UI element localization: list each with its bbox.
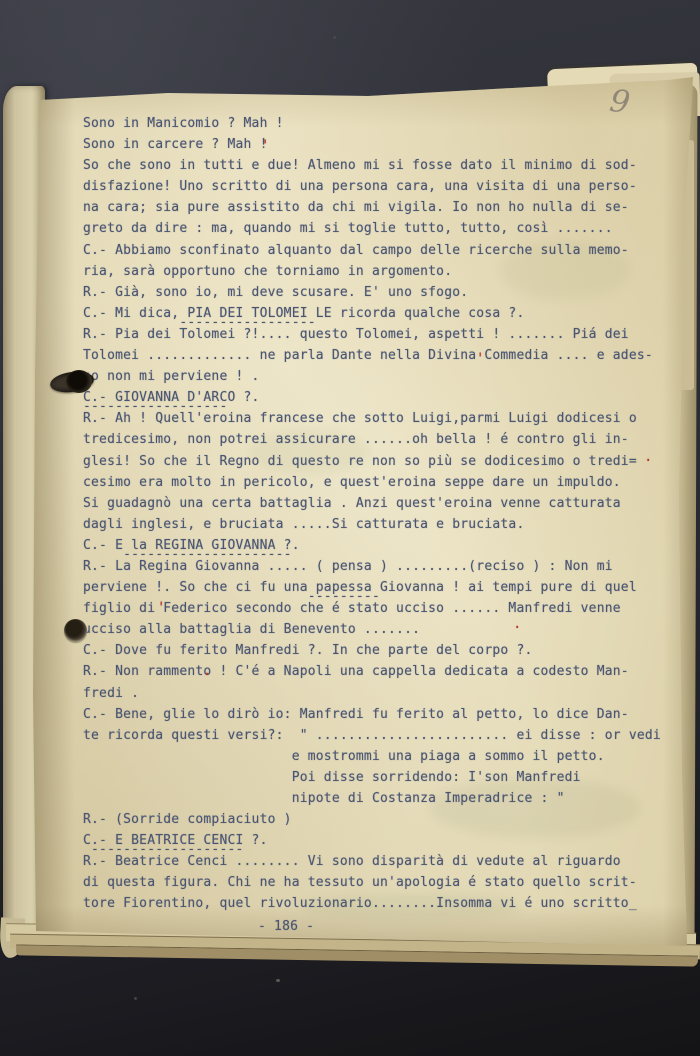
typed-line: so non mi perviene ! . (83, 366, 661, 387)
typed-line: R.- Non rammento ! C'é a Napoli una capp… (83, 661, 661, 682)
typed-line: fredi . (83, 683, 661, 704)
typed-line: R.- Già, sono io, mi deve scusare. E' un… (83, 282, 661, 303)
typed-line: R.- (Sorride compiaciuto ) (83, 809, 661, 830)
typed-line: R.- Pia dei Tolomei ?!.... questo Tolome… (83, 324, 661, 345)
typed-line: C.- Mi dica, PIA DEI TOLOMEI LE ricorda … (83, 303, 661, 324)
typed-line: figlio di Federico secondo che é stato u… (83, 598, 661, 619)
typed-line: R.- La Regina Giovanna ..... ( pensa ) .… (83, 556, 661, 577)
binder-hole-bottom (64, 619, 87, 642)
typed-line: nipote di Costanza Imperadrice : " (83, 788, 661, 809)
typed-line: ucciso alla battaglia di Benevento .....… (83, 619, 661, 640)
typed-line: Sono in carcere ? Mah ! (83, 134, 661, 155)
typed-line: C.- Dove fu ferito Manfredi ?. In che pa… (83, 640, 661, 661)
typed-line: na cara; sia pure assistito da chi mi vi… (83, 197, 661, 218)
typed-line: tore Fiorentino, quel rivoluzionario....… (83, 893, 661, 914)
typed-line: glesi! So che il Regno di questo re non … (83, 451, 661, 472)
typed-line: R.- Beatrice Cenci ........ Vi sono disp… (83, 851, 661, 872)
typed-line: C.- Abbiamo sconfinato alquanto dal camp… (83, 240, 661, 261)
red-ink-mark: . (644, 452, 652, 462)
binder-hole-top (66, 370, 92, 393)
typed-line: So che sono in tutti e due! Almeno mi si… (83, 155, 661, 176)
dust-speck (333, 36, 336, 39)
red-ink-mark: . (203, 666, 211, 676)
typed-line: cesimo era molto in pericolo, e quest'er… (83, 472, 661, 493)
typed-line: perviene !. So che ci fu una papessa Gio… (83, 577, 661, 598)
typed-line: R.- Ah ! Quell'eroina francese che sotto… (83, 408, 661, 429)
typed-page-number: - 186 - (258, 919, 314, 934)
typed-line: Sono in Manicomio ? Mah ! (83, 113, 661, 134)
typed-line: di questa figura. Chi ne ha tessuto un'a… (83, 872, 661, 893)
red-ink-mark: . (513, 619, 521, 629)
typed-line: e mostrommi una piaga a sommo il petto. (83, 746, 661, 767)
typed-line: disfazione! Uno scritto di una persona c… (83, 176, 661, 197)
typed-line: Si guadagnò una certa battaglia . Anzi q… (83, 493, 661, 514)
red-ink-mark: ' (476, 354, 484, 364)
typed-line: C.- GIOVANNA D'ARCO ?.------------------ (83, 387, 661, 408)
red-ink-mark: ' (261, 141, 269, 151)
red-ink-mark: ' (157, 603, 165, 613)
typed-line: C.- E BEATRICE CENCI ?. ----------------… (83, 830, 661, 851)
typed-line: te ricorda questi versi?: " ............… (83, 725, 661, 746)
typed-text-block: Sono in Manicomio ? Mah !Sono in carcere… (83, 113, 661, 915)
photo-of-typewritten-page: Sono in Manicomio ? Mah !Sono in carcere… (0, 0, 700, 1056)
typed-line: Tolomei ............. ne parla Dante nel… (83, 345, 661, 366)
typed-line: tredicesimo, non potrei assicurare .....… (83, 429, 661, 450)
dust-speck (276, 979, 280, 982)
typed-line: greto da dire : ma, quando mi si toglie … (83, 218, 661, 239)
typed-line: ria, sarà opportuno che torniamo in argo… (83, 261, 661, 282)
typed-line: C.- Bene, glie lo dirò io: Manfredi fu f… (83, 704, 661, 725)
typed-line: Poi disse sorridendo: I'son Manfredi (83, 767, 661, 788)
dust-speck (134, 997, 137, 1000)
typed-line: C.- E la REGINA GIOVANNA ?. ------------… (83, 535, 661, 556)
typed-line: dagli inglesi, e bruciata .....Si cattur… (83, 514, 661, 535)
